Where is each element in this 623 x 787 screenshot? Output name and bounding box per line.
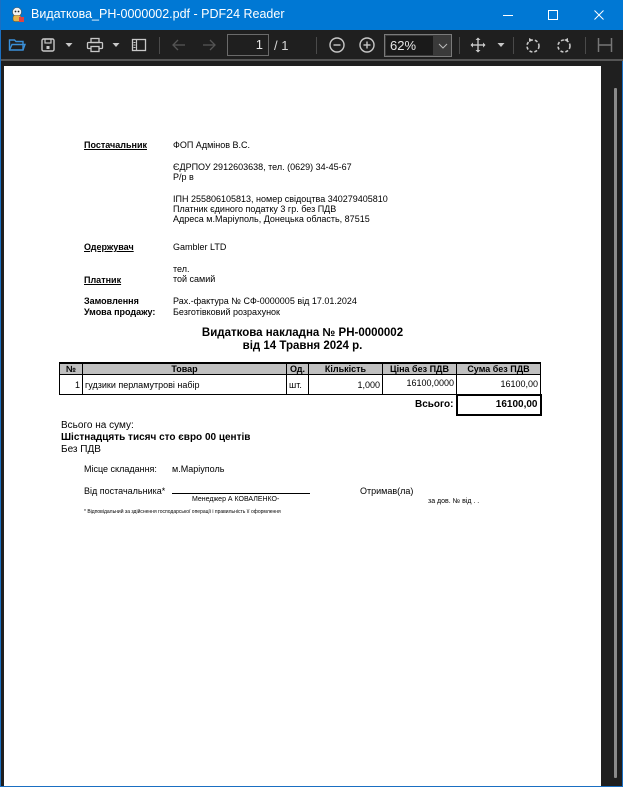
power-of-attorney: за дов. № від . . <box>428 498 479 506</box>
maximize-icon <box>547 9 559 21</box>
close-icon <box>593 9 605 21</box>
sale-terms-value: Безготівковий розрахунок <box>173 307 280 317</box>
page-number-input[interactable]: 1 <box>227 34 269 56</box>
toolbar: 1 / 1 62% <box>1 30 623 61</box>
supplier-label: Постачальник <box>84 140 147 150</box>
zoom-value[interactable]: 62% <box>386 36 433 55</box>
fit-width-icon <box>596 36 614 54</box>
header-product: Товар <box>83 363 287 375</box>
supplier-line3: ІПН 255806105813, номер свідоцтва 340279… <box>173 194 388 204</box>
fit-width-button[interactable] <box>595 35 615 55</box>
zoom-out-button[interactable] <box>327 35 347 55</box>
pdf24-reader-window: Видаткова_РН-0000002.pdf - PDF24 Reader <box>0 0 623 787</box>
cell-unit: шт. <box>287 375 309 395</box>
dropdown-arrow-icon <box>65 42 73 48</box>
items-table: № Товар Од. Кількість Ціна без ПДВ Сума … <box>59 362 542 416</box>
cell-price: 16100,0000 <box>383 375 457 395</box>
total-label: Всього: <box>383 395 457 415</box>
toolbar-separator <box>513 37 514 54</box>
title-bar: Видаткова_РН-0000002.pdf - PDF24 Reader <box>1 0 623 30</box>
sidebar-toggle-icon <box>131 38 147 52</box>
chevron-down-icon[interactable] <box>435 38 451 54</box>
header-sum: Сума без ПДВ <box>457 363 541 375</box>
recipient-name: Gambler LTD <box>173 242 226 252</box>
previous-page-button[interactable] <box>170 35 188 55</box>
pdf24-mascot-icon <box>9 6 26 23</box>
header-price: Ціна без ПДВ <box>383 363 457 375</box>
save-dropdown-button[interactable] <box>64 35 74 55</box>
vertical-scrollbar[interactable] <box>614 88 617 778</box>
order-label: Замовлення <box>84 296 139 306</box>
open-file-button[interactable] <box>7 35 27 55</box>
toolbar-separator <box>159 37 160 54</box>
table-header-row: № Товар Од. Кількість Ціна без ПДВ Сума … <box>60 363 541 375</box>
payer-value: той самий <box>173 274 215 284</box>
header-quantity: Кількість <box>309 363 383 375</box>
recipient-label: Одержувач <box>84 242 134 252</box>
pan-dropdown-button[interactable] <box>496 35 506 55</box>
move-icon <box>469 36 487 54</box>
rotate-left-button[interactable] <box>523 35 543 55</box>
supplier-name: ФОП Адмінов В.С. <box>173 140 250 150</box>
page-total: / 1 <box>274 38 288 53</box>
place-label: Місце складання: <box>84 464 157 474</box>
table-row: 1 гудзики перламутрові набір шт. 1,000 1… <box>60 375 541 395</box>
arrow-left-icon <box>171 38 187 52</box>
payer-label: Платник <box>84 275 121 285</box>
rotate-right-icon <box>555 36 573 54</box>
save-button[interactable] <box>39 35 57 55</box>
manager-name: Менеджер А КОВАЛЕНКО- <box>192 496 279 504</box>
recipient-phone: тел. <box>173 264 189 274</box>
minimize-button[interactable] <box>485 0 531 30</box>
supplier-line4: Платник єдиного податку 3 гр. без ПДВ <box>173 204 336 214</box>
from-supplier-label: Від постачальника* <box>84 486 165 496</box>
cell-sum: 16100,00 <box>457 375 541 395</box>
zoom-in-button[interactable] <box>357 35 377 55</box>
zoom-out-icon <box>328 36 346 54</box>
next-page-button[interactable] <box>200 35 218 55</box>
place-value: м.Маріуполь <box>172 464 224 474</box>
window-title: Видаткова_РН-0000002.pdf - PDF24 Reader <box>31 7 285 21</box>
cell-product: гудзики перламутрові набір <box>83 375 287 395</box>
total-row: Всього: 16100,00 <box>60 395 541 415</box>
sum-label: Всього на суму: <box>61 420 134 431</box>
total-value: 16100,00 <box>457 395 541 415</box>
save-icon <box>40 37 56 53</box>
folder-open-icon <box>8 37 26 53</box>
toolbar-separator <box>316 37 317 54</box>
received-label: Отримав(ла) <box>360 486 413 496</box>
pan-tool-button[interactable] <box>468 35 488 55</box>
supplier-line5: Адреса м.Маріуполь, Донецька область, 87… <box>173 214 370 224</box>
header-number: № <box>60 363 83 375</box>
vat-note: Без ПДВ <box>61 444 101 455</box>
toolbar-separator <box>459 37 460 54</box>
minimize-icon <box>502 9 514 21</box>
sidebar-toggle-button[interactable] <box>130 35 148 55</box>
document-viewer[interactable]: Постачальник ФОП Адмінов В.С. ЄДРПОУ 291… <box>1 63 622 786</box>
arrow-right-icon <box>201 38 217 52</box>
zoom-select[interactable]: 62% <box>384 34 452 57</box>
supplier-line1: ЄДРПОУ 2912603638, тел. (0629) 34-45-67 <box>173 162 352 172</box>
pdf-page: Постачальник ФОП Адмінов В.С. ЄДРПОУ 291… <box>4 66 601 786</box>
signature-line <box>172 493 310 494</box>
supplier-line2: Р/р в <box>173 172 194 182</box>
toolbar-separator <box>585 37 586 54</box>
rotate-left-icon <box>524 36 542 54</box>
print-icon <box>86 37 104 53</box>
sum-in-words: Шістнадцять тисяч сто євро 00 центів <box>61 432 250 443</box>
header-unit: Од. <box>287 363 309 375</box>
order-value: Рах.-фактура № СФ-0000005 від 17.01.2024 <box>173 296 357 306</box>
print-button[interactable] <box>85 35 105 55</box>
zoom-in-icon <box>358 36 376 54</box>
document-date: від 14 Травня 2024 р. <box>4 340 601 353</box>
document-title: Видаткова накладна № РН-0000002 <box>4 327 601 340</box>
cell-number: 1 <box>60 375 83 395</box>
print-dropdown-button[interactable] <box>111 35 121 55</box>
maximize-button[interactable] <box>530 0 576 30</box>
dropdown-arrow-icon <box>112 42 120 48</box>
dropdown-arrow-icon <box>497 42 505 48</box>
sale-terms-label: Умова продажу: <box>84 307 155 317</box>
cell-quantity: 1,000 <box>309 375 383 395</box>
close-button[interactable] <box>576 0 622 30</box>
rotate-right-button[interactable] <box>554 35 574 55</box>
footnote: * Відповідальний за здійснення господарс… <box>84 509 281 515</box>
